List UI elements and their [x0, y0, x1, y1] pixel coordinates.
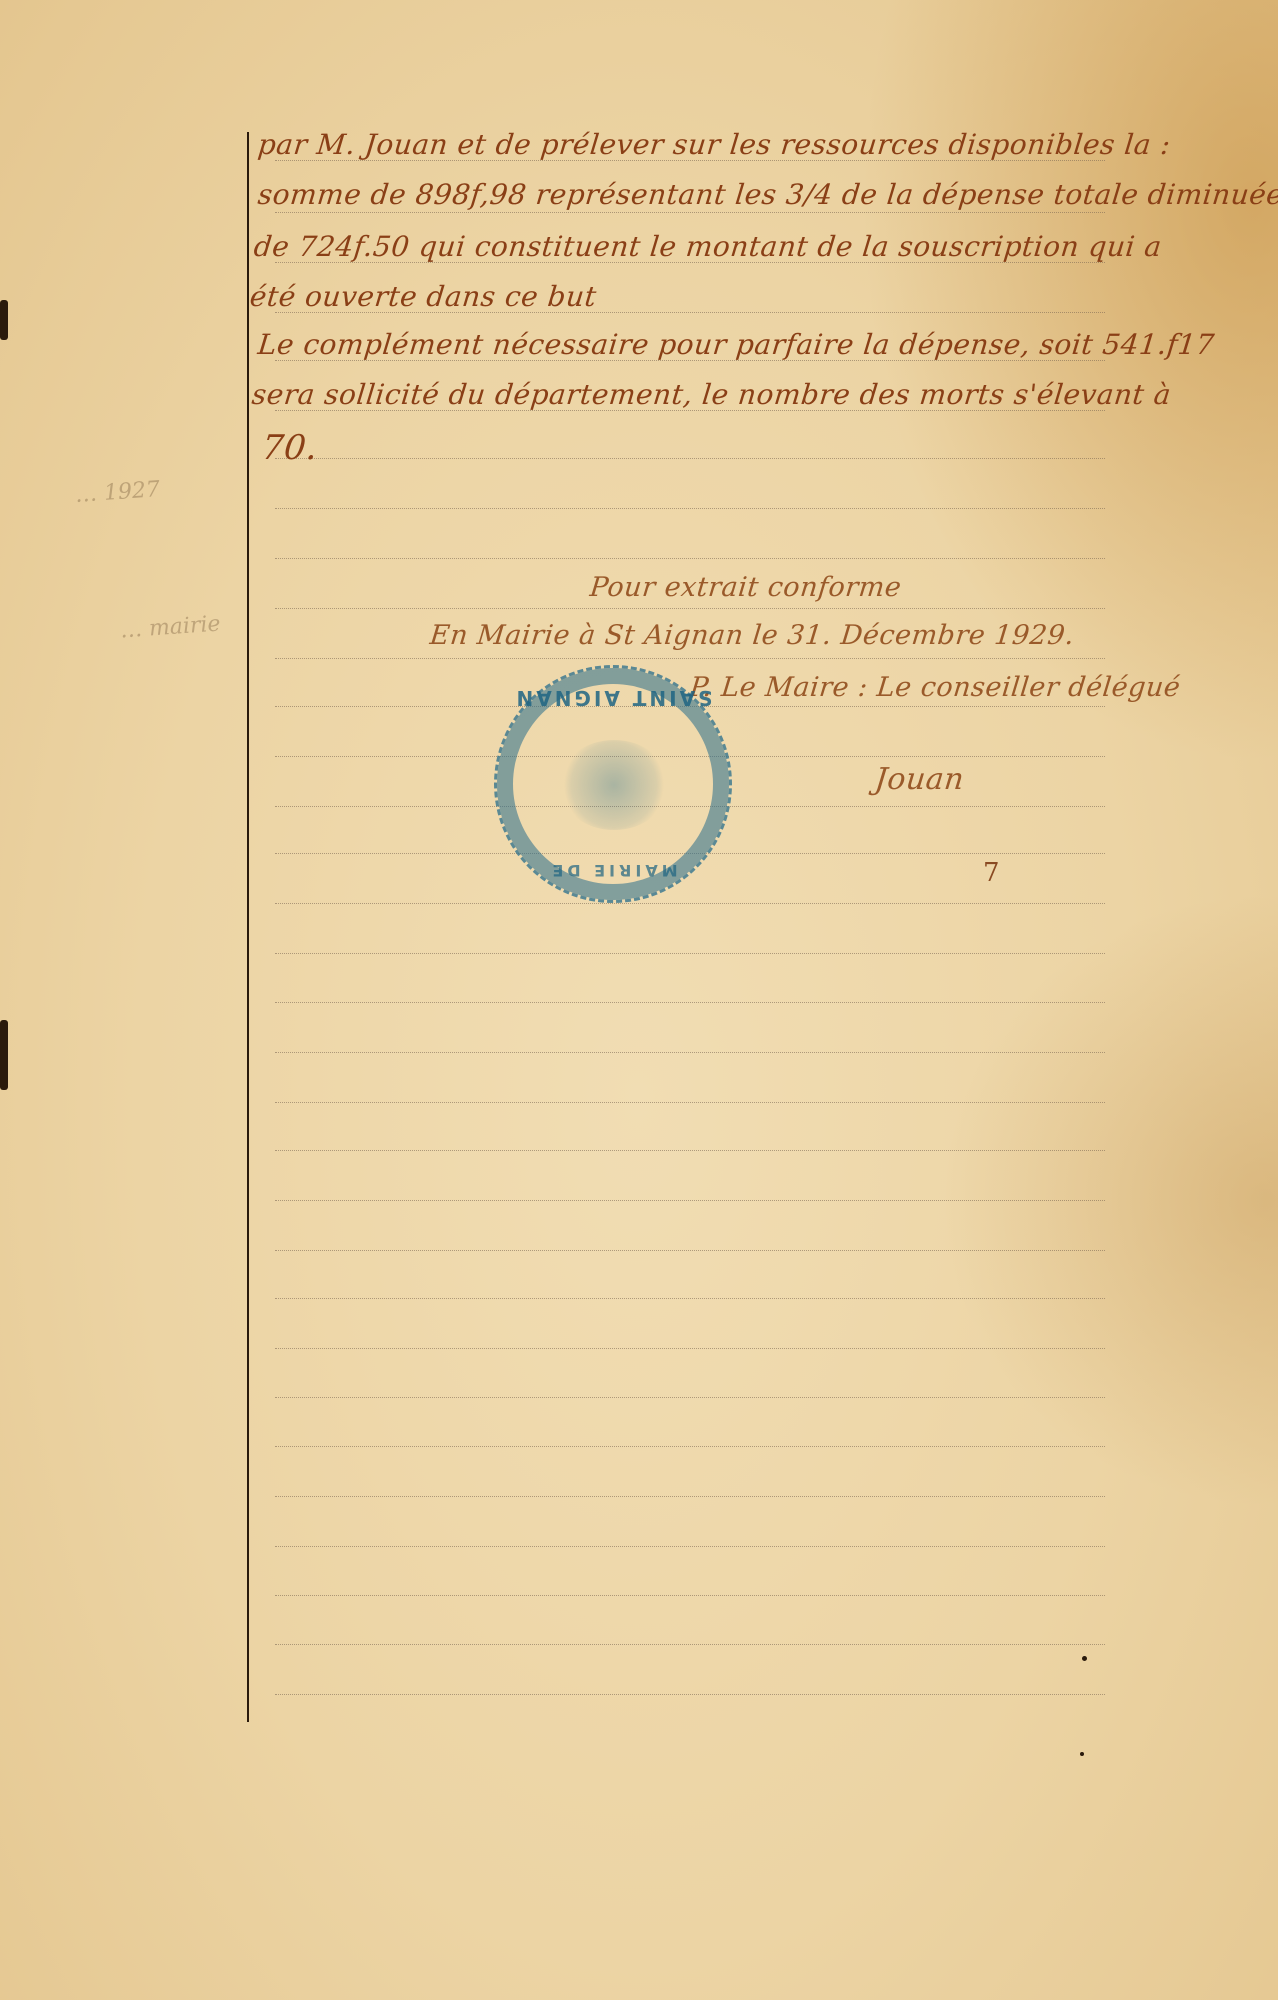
body-line: par M. Jouan et de prélever sur les ress…: [256, 128, 1172, 161]
ruled-line: [275, 458, 1105, 459]
ruled-line: [275, 1496, 1105, 1497]
ruled-line: [275, 1298, 1105, 1299]
body-line: été ouverte dans ce but: [248, 280, 598, 313]
ruled-line: [275, 1348, 1105, 1349]
ruled-line: [275, 1002, 1105, 1003]
stamp-top-text: MAIRIE DE: [497, 861, 729, 880]
ruled-line: [275, 508, 1105, 509]
body-line: somme de 898f,98 représentant les 3/4 de…: [256, 178, 1278, 211]
margin-faint-note: … 1927: [74, 477, 161, 508]
stamp-emblem-icon: [559, 740, 669, 830]
ruled-line: [275, 1150, 1105, 1151]
binding-hole-mark: [0, 300, 8, 340]
page-mark: 7: [983, 858, 1000, 888]
margin-faint-note: … mairie: [119, 612, 221, 644]
binding-hole-mark: [0, 1020, 8, 1090]
ruled-line: [275, 1546, 1105, 1547]
stamp-bottom-text: SAINT AIGNAN: [497, 686, 729, 710]
ruled-line: [275, 953, 1105, 954]
ruled-line: [275, 1052, 1105, 1053]
signatory-title: P. Le Maire : Le conseiller délégué: [688, 672, 1182, 703]
body-line: de 724f.50 qui constituent le montant de…: [252, 230, 1163, 263]
ruled-line: [275, 558, 1105, 559]
document-page: … 1927 … mairie par M. Jouan et de préle…: [0, 0, 1278, 2000]
ruled-line: [275, 608, 1105, 609]
signature: Jouan: [873, 762, 966, 797]
body-line: sera sollicité du département, le nombre…: [250, 378, 1172, 411]
ink-speck: [1082, 1656, 1087, 1661]
ruled-line: [275, 1595, 1105, 1596]
ruled-line: [275, 1102, 1105, 1103]
ruled-line: [275, 903, 1105, 904]
ruled-line: [275, 1694, 1105, 1695]
body-line: Le complément nécessaire pour parfaire l…: [256, 328, 1216, 361]
ruled-line: [275, 1250, 1105, 1251]
ink-speck: [1080, 1752, 1084, 1756]
ruled-line: [275, 212, 1105, 213]
ruled-line: [275, 658, 1105, 659]
ruled-line: [275, 1397, 1105, 1398]
body-line: 70.: [260, 428, 320, 468]
municipal-stamp: MAIRIE DE SAINT AIGNAN: [494, 665, 732, 903]
place-date-line: En Mairie à St Aignan le 31. Décembre 19…: [428, 620, 1076, 651]
ruled-line: [275, 1446, 1105, 1447]
margin-rule: [247, 132, 249, 1722]
certification-line: Pour extrait conforme: [588, 572, 903, 603]
ruled-line: [275, 1644, 1105, 1645]
ruled-line: [275, 1200, 1105, 1201]
